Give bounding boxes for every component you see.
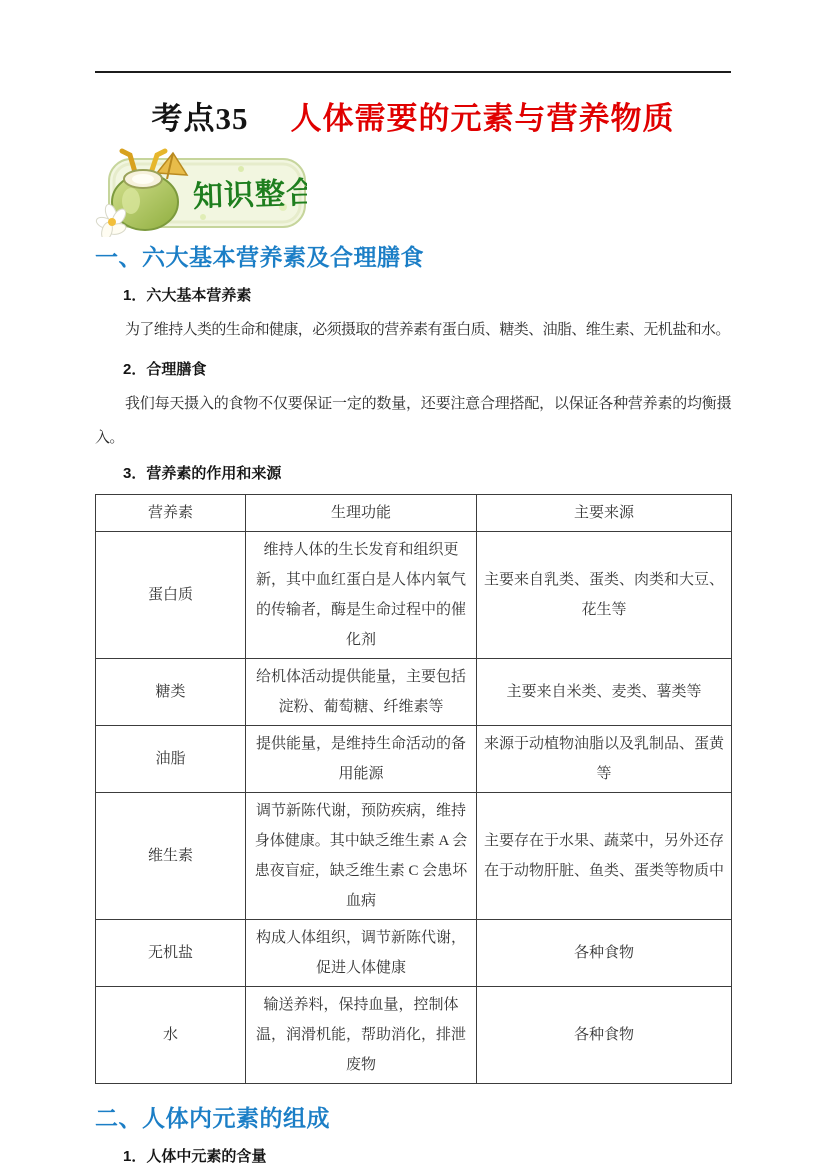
table-row: 水 输送养料，保持血量，控制体温，润滑机能，帮助消化，排泄废物 各种食物 [96, 987, 732, 1084]
table-row: 无机盐 构成人体组织，调节新陈代谢，促进人体健康 各种食物 [96, 920, 732, 987]
knowledge-badge: 知识整合 [95, 145, 731, 237]
cell-nutrient: 无机盐 [96, 920, 246, 987]
section1-sub2-paragraph: 我们每天摄入的食物不仅要保证一定的数量，还要注意合理搭配，以保证各种营养素的均衡… [95, 387, 731, 455]
cell-nutrient: 水 [96, 987, 246, 1084]
column-header-source: 主要来源 [477, 495, 732, 532]
cell-function: 提供能量，是维持生命活动的备用能源 [246, 726, 477, 793]
cell-nutrient: 糖类 [96, 659, 246, 726]
cell-function: 构成人体组织，调节新陈代谢，促进人体健康 [246, 920, 477, 987]
section1-heading: 一、六大基本营养素及合理膳食 [95, 241, 731, 273]
exam-point-label: 考点35 [152, 101, 249, 136]
section2-sub1-title: 1．人体中元素的含量 [123, 1146, 731, 1168]
section1-sub1-paragraph: 为了维持人类的生命和健康，必须摄取的营养素有蛋白质、糖类、油脂、维生素、无机盐和… [95, 313, 731, 347]
cell-nutrient: 油脂 [96, 726, 246, 793]
cell-nutrient: 维生素 [96, 793, 246, 920]
table-row: 维生素 调节新陈代谢，预防疾病，维持身体健康。其中缺乏维生素 A 会患夜盲症，缺… [96, 793, 732, 920]
nutrients-table: 营养素 生理功能 主要来源 蛋白质 维持人体的生长发育和组织更新，其中血红蛋白是… [95, 494, 732, 1084]
cell-source: 主要来自乳类、蛋类、肉类和大豆、花生等 [477, 532, 732, 659]
column-header-function: 生理功能 [246, 495, 477, 532]
table-header-row: 营养素 生理功能 主要来源 [96, 495, 732, 532]
page-title-text: 人体需要的元素与营养物质 [291, 101, 675, 136]
cell-source: 各种食物 [477, 987, 732, 1084]
cell-function: 维持人体的生长发育和组织更新，其中血红蛋白是人体内氧气的传输者，酶是生命过程中的… [246, 532, 477, 659]
cell-nutrient: 蛋白质 [96, 532, 246, 659]
cell-source: 主要来自米类、麦类、薯类等 [477, 659, 732, 726]
section1-sub1-title: 1．六大基本营养素 [123, 285, 731, 307]
document-page: 考点35人体需要的元素与营养物质 [0, 0, 827, 1169]
cell-function: 给机体活动提供能量，主要包括淀粉、葡萄糖、纤维素等 [246, 659, 477, 726]
table-row: 蛋白质 维持人体的生长发育和组织更新，其中血红蛋白是人体内氧气的传输者，酶是生命… [96, 532, 732, 659]
top-rule-divider [95, 71, 731, 73]
section2-heading: 二、人体内元素的组成 [95, 1102, 731, 1134]
page-title: 考点35人体需要的元素与营养物质 [95, 97, 731, 141]
table-row: 糖类 给机体活动提供能量，主要包括淀粉、葡萄糖、纤维素等 主要来自米类、麦类、薯… [96, 659, 732, 726]
section1-sub2-title: 2．合理膳食 [123, 359, 731, 381]
badge-label: 知识整合 [192, 176, 307, 213]
cell-source: 各种食物 [477, 920, 732, 987]
page-content: 考点35人体需要的元素与营养物质 [95, 0, 731, 1168]
column-header-nutrient: 营养素 [96, 495, 246, 532]
cell-source: 主要存在于水果、蔬菜中，另外还存在于动物肝脏、鱼类、蛋类等物质中 [477, 793, 732, 920]
cell-function: 调节新陈代谢，预防疾病，维持身体健康。其中缺乏维生素 A 会患夜盲症，缺乏维生素… [246, 793, 477, 920]
cell-source: 来源于动植物油脂以及乳制品、蛋黄等 [477, 726, 732, 793]
cell-function: 输送养料，保持血量，控制体温，润滑机能，帮助消化，排泄废物 [246, 987, 477, 1084]
section1-sub3-title: 3．营养素的作用和来源 [123, 463, 731, 485]
table-row: 油脂 提供能量，是维持生命活动的备用能源 来源于动植物油脂以及乳制品、蛋黄等 [96, 726, 732, 793]
knowledge-badge-graphic: 知识整合 [93, 145, 307, 237]
